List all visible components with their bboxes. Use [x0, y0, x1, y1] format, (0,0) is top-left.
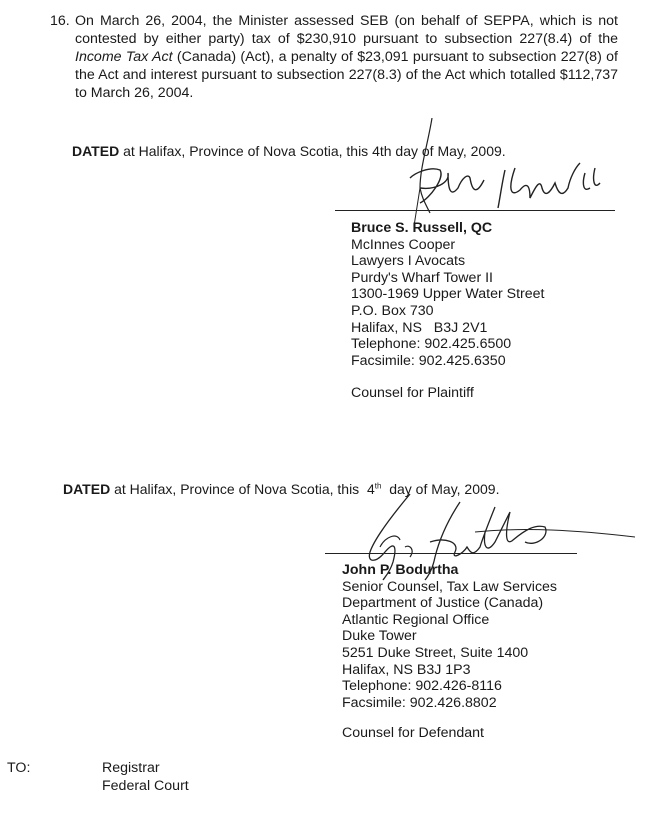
- address-line: Atlantic Regional Office: [342, 612, 557, 629]
- plaintiff-signature-line: [335, 210, 615, 211]
- defendant-signature-line: [325, 553, 577, 554]
- address-line: Lawyers I Avocats: [351, 253, 544, 270]
- address-line: Duke Tower: [342, 628, 557, 645]
- defendant-counsel-name: John P. Bodurtha: [342, 562, 557, 579]
- dated-label: DATED: [72, 143, 119, 159]
- text-part: On March 26, 2004, the Minister assessed…: [75, 13, 618, 47]
- address-line: 5251 Duke Street, Suite 1400: [342, 645, 557, 662]
- telephone: Telephone: 902.425.6500: [351, 336, 544, 353]
- to-recipient: Registrar Federal Court: [102, 759, 189, 795]
- act-title: Income Tax Act: [75, 49, 173, 65]
- title-line: Senior Counsel, Tax Law Services: [342, 579, 557, 596]
- defendant-role: Counsel for Defendant: [342, 725, 557, 742]
- paragraph-16: 16. On March 26, 2004, the Minister asse…: [53, 12, 618, 102]
- defendant-signature-block: John P. Bodurtha Senior Counsel, Tax Law…: [342, 562, 557, 742]
- dated-text: at Halifax, Province of Nova Scotia, thi…: [110, 481, 375, 497]
- facsimile: Facsimile: 902.425.6350: [351, 353, 544, 370]
- address-line: 1300-1969 Upper Water Street: [351, 286, 544, 303]
- dated-label: DATED: [63, 481, 110, 497]
- to-label: TO:: [7, 759, 30, 777]
- address-line: McInnes Cooper: [351, 237, 544, 254]
- address-line: Department of Justice (Canada): [342, 595, 557, 612]
- telephone: Telephone: 902.426-8116: [342, 678, 557, 695]
- paragraph-number: 16.: [50, 12, 70, 30]
- recipient-line: Registrar: [102, 759, 189, 777]
- recipient-line: Federal Court: [102, 777, 189, 795]
- plaintiff-signature-icon: [380, 118, 620, 228]
- paragraph-text: On March 26, 2004, the Minister assessed…: [75, 12, 618, 102]
- plaintiff-signature-block: Bruce S. Russell, QC McInnes Cooper Lawy…: [351, 220, 544, 402]
- address-line: Purdy's Wharf Tower II: [351, 270, 544, 287]
- facsimile: Facsimile: 902.426.8802: [342, 695, 557, 712]
- address-line: Halifax, NS B3J 2V1: [351, 320, 544, 337]
- defendant-dated-line: DATED at Halifax, Province of Nova Scoti…: [63, 481, 499, 497]
- dated-text: day of May, 2009.: [381, 481, 499, 497]
- dated-text: at Halifax, Province of Nova Scotia, thi…: [119, 143, 506, 159]
- plaintiff-counsel-name: Bruce S. Russell, QC: [351, 220, 544, 237]
- plaintiff-dated-line: DATED at Halifax, Province of Nova Scoti…: [72, 143, 506, 159]
- address-line: Halifax, NS B3J 1P3: [342, 662, 557, 679]
- plaintiff-role: Counsel for Plaintiff: [351, 385, 544, 402]
- address-line: P.O. Box 730: [351, 303, 544, 320]
